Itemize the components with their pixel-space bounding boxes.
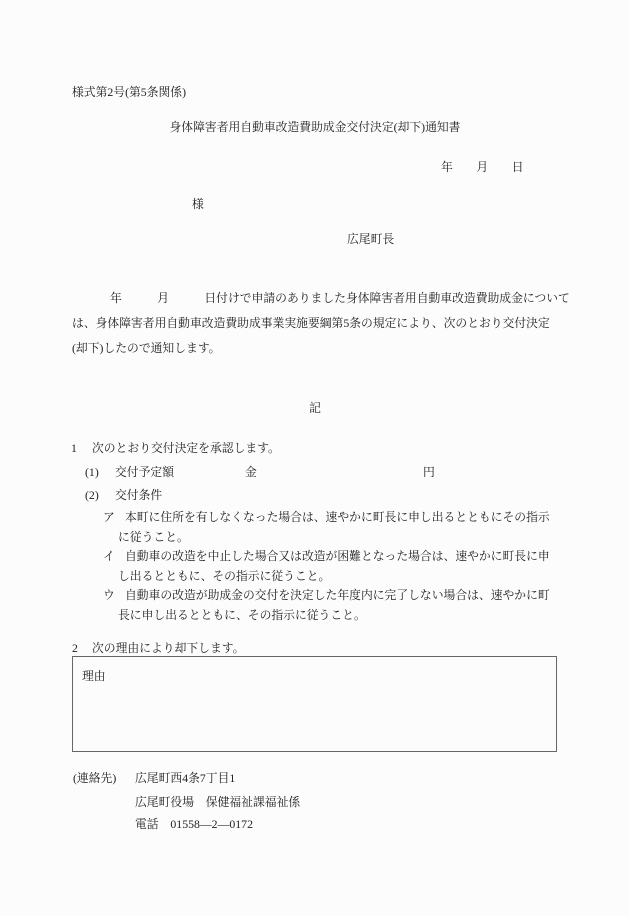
- section2-number: 2: [72, 641, 78, 655]
- document-page: 様式第2号(第5条関係) 身体障害者用自動車改造費助成金交付決定(却下)通知書 …: [0, 0, 630, 916]
- document-title: 身体障害者用自動車改造費助成金交付決定(却下)通知書: [0, 120, 630, 134]
- body-paragraph-line: 年 月 日付けで申請のありました身体障害者用自動車改造費助成金について: [110, 291, 570, 305]
- conditions-label: 交付条件: [115, 488, 162, 502]
- condition-text-line: 自動車の改造を中止した場合又は改造が困難となった場合は、速やかに町長に申: [125, 549, 550, 563]
- contact-phone: 電話 01558―2―0172: [135, 817, 253, 831]
- condition-marker: ウ: [103, 588, 115, 602]
- conditions-number: (2): [85, 488, 99, 502]
- section2-heading: 次の理由により却下します。: [92, 641, 244, 655]
- condition-text-line: 長に申し出るとともに、その指示に従うこと。: [118, 608, 366, 622]
- amount-prefix: 金: [245, 465, 257, 479]
- amount-suffix: 円: [423, 465, 435, 479]
- date-line: 年 月 日: [441, 160, 524, 174]
- condition-text-line: 本町に住所を有しなくなった場合は、速やかに町長に申し出るとともにその指示: [125, 510, 550, 524]
- contact-address: 広尾町西4条7丁目1: [135, 771, 235, 785]
- condition-marker: ア: [103, 510, 115, 524]
- condition-text-line: に従うこと。: [118, 530, 189, 544]
- reason-box-label: 理由: [82, 669, 106, 683]
- contact-label: (連絡先): [73, 771, 116, 785]
- body-paragraph-line: (却下)したので通知します。: [72, 341, 220, 355]
- form-number: 様式第2号(第5条関係): [72, 85, 186, 99]
- body-paragraph-line: は、身体障害者用自動車改造費助成事業実施要綱第5条の規定により、次のとおり交付決…: [72, 316, 550, 330]
- record-heading: 記: [0, 401, 630, 415]
- addressee-honorific: 様: [192, 197, 204, 211]
- section1-heading: 次のとおり交付決定を承認します。: [92, 441, 280, 455]
- contact-office: 広尾町役場 保健福祉課福祉係: [135, 795, 300, 809]
- condition-text-line: し出るとともに、その指示に従うこと。: [118, 569, 330, 583]
- planned-amount-label: 交付予定額: [115, 465, 174, 479]
- issuer-name: 広尾町長: [347, 232, 394, 246]
- planned-amount-number: (1): [85, 465, 99, 479]
- reason-box: 理由: [72, 656, 557, 752]
- condition-text-line: 自動車の改造が助成金の交付を決定した年度内に完了しない場合は、速やかに町: [125, 588, 550, 602]
- section1-number: 1: [71, 441, 77, 455]
- condition-marker: イ: [103, 549, 115, 563]
